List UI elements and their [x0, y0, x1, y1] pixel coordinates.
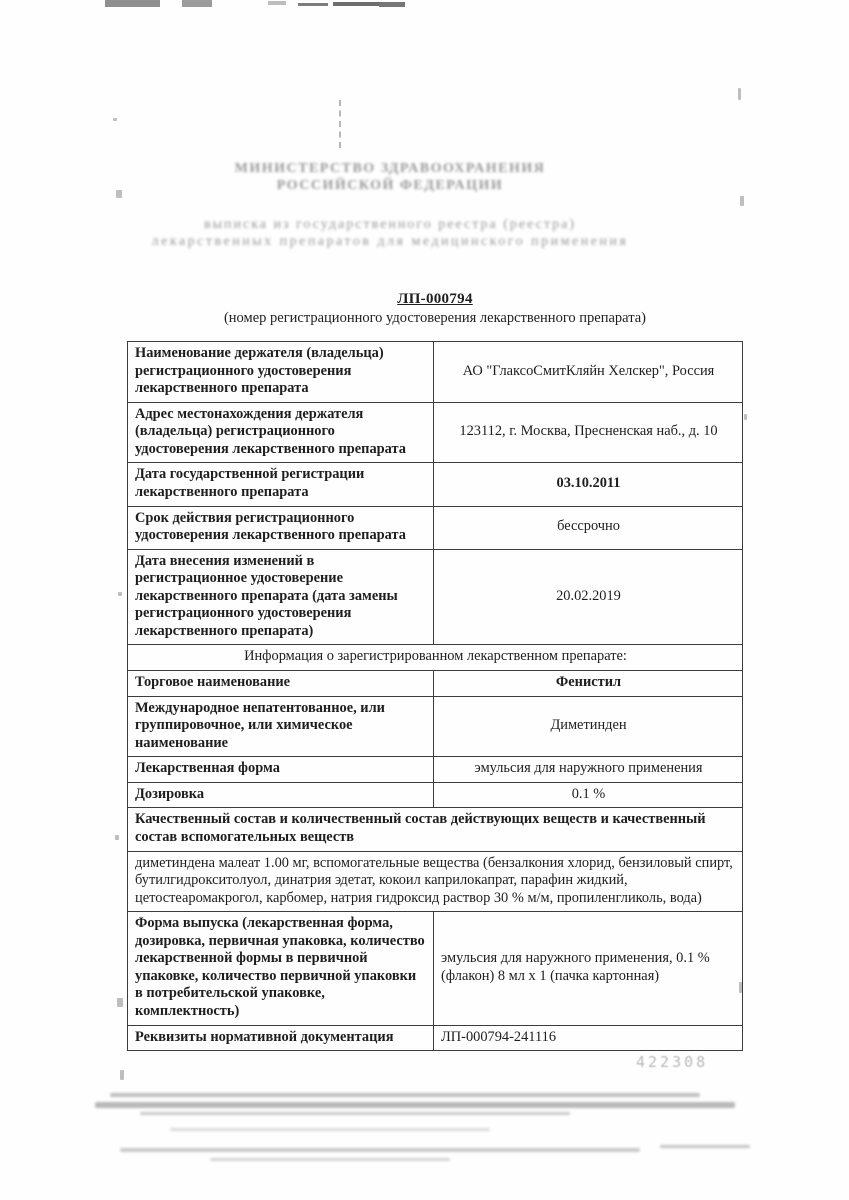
- scan-smudge: [95, 1102, 735, 1108]
- registry-table: Наименование держателя (владельца) регис…: [127, 341, 743, 1051]
- row-label-trade-name: Торговое наименование: [128, 671, 434, 697]
- table-row: Наименование держателя (владельца) регис…: [128, 342, 743, 403]
- ministry-header-blurred: МИНИСТЕРСТВО ЗДРАВООХРАНЕНИЯ РОССИЙСКОЙ …: [0, 160, 780, 250]
- row-value-dosage: 0.1 %: [434, 782, 743, 808]
- table-row: Дата государственной регистрации лекарст…: [128, 463, 743, 506]
- table-row: Форма выпуска (лекарственная форма, дози…: [128, 912, 743, 1025]
- row-label-normative-docs: Реквизиты нормативной документация: [128, 1025, 434, 1051]
- table-row: Международное непатентованное, или групп…: [128, 696, 743, 757]
- row-label-holder-name: Наименование держателя (владельца) регис…: [128, 342, 434, 403]
- row-value-release-form: эмульсия для наружного применения, 0.1 %…: [434, 912, 743, 1025]
- scan-speck: [118, 592, 122, 596]
- row-label-dosage: Дозировка: [128, 782, 434, 808]
- scan-smudge: [379, 2, 405, 7]
- row-label-validity-period: Срок действия регистрационного удостовер…: [128, 506, 434, 549]
- table-row: Реквизиты нормативной документация ЛП-00…: [128, 1025, 743, 1051]
- stamp-number: 422308: [636, 1053, 708, 1071]
- table-row: Торговое наименование Фенистил: [128, 671, 743, 697]
- row-value-dosage-form: эмульсия для наружного применения: [434, 757, 743, 783]
- scan-smudge: [268, 1, 286, 5]
- scan-smudge: [110, 1093, 700, 1097]
- scan-smudge: [660, 1145, 750, 1148]
- row-label-holder-address: Адрес местонахождения держателя (владель…: [128, 402, 434, 463]
- ministry-header-line-3: выписка из государственного реестра (рее…: [0, 216, 780, 233]
- scan-speck: [117, 998, 123, 1007]
- row-label-dosage-form: Лекарственная форма: [128, 757, 434, 783]
- row-value-normative-docs: ЛП-000794-241116: [434, 1025, 743, 1051]
- composition-text: диметиндена малеат 1.00 мг, вспомогатель…: [128, 851, 743, 912]
- ministry-header-line-1: МИНИСТЕРСТВО ЗДРАВООХРАНЕНИЯ: [0, 160, 780, 177]
- row-value-inn-name: Диметинден: [434, 696, 743, 757]
- scan-speck: [113, 118, 117, 121]
- row-label-amendment-date: Дата внесения изменений в регистрационно…: [128, 549, 434, 645]
- scan-smudge: [210, 1158, 450, 1161]
- scan-smudge: [298, 3, 328, 6]
- row-value-registration-date: 03.10.2011: [434, 463, 743, 506]
- table-row: Дозировка 0.1 %: [128, 782, 743, 808]
- scan-smudge: [105, 0, 160, 7]
- row-label-release-form: Форма выпуска (лекарственная форма, дози…: [128, 912, 434, 1025]
- table-row: Дата внесения изменений в регистрационно…: [128, 549, 743, 645]
- row-label-registration-date: Дата государственной регистрации лекарст…: [128, 463, 434, 506]
- table-row: диметиндена малеат 1.00 мг, вспомогатель…: [128, 851, 743, 912]
- table-row: Информация о зарегистрированном лекарств…: [128, 645, 743, 671]
- scan-speck: [120, 1070, 124, 1080]
- row-value-holder-name: АО "ГлаксоСмитКляйн Хелскер", Россия: [434, 342, 743, 403]
- scan-smudge: [170, 1128, 490, 1131]
- ministry-header-line-2: РОССИЙСКОЙ ФЕДЕРАЦИИ: [0, 177, 780, 194]
- scan-smudge: [120, 1148, 640, 1152]
- scan-speck: [744, 414, 747, 420]
- title-block: ЛП-000794 (номер регистрационного удосто…: [127, 291, 743, 327]
- scan-speck: [115, 835, 119, 840]
- registration-number: ЛП-000794: [127, 291, 743, 308]
- composition-header: Качественный состав и количественный сос…: [128, 808, 743, 851]
- row-label-inn-name: Международное непатентованное, или групп…: [128, 696, 434, 757]
- ministry-header-line-4: лекарственных препаратов для медицинског…: [0, 233, 780, 250]
- table-row: Лекарственная форма эмульсия для наружно…: [128, 757, 743, 783]
- registration-number-caption: (номер регистрационного удостоверения ле…: [127, 310, 743, 327]
- row-value-holder-address: 123112, г. Москва, Пресненская наб., д. …: [434, 402, 743, 463]
- row-value-amendment-date: 20.02.2019: [434, 549, 743, 645]
- row-value-validity-period: бессрочно: [434, 506, 743, 549]
- info-section-title: Информация о зарегистрированном лекарств…: [128, 645, 743, 671]
- scan-smudge: [140, 1112, 570, 1115]
- scan-speck: [738, 88, 741, 100]
- scan-smudge: [182, 0, 212, 7]
- table-row: Срок действия регистрационного удостовер…: [128, 506, 743, 549]
- row-value-trade-name: Фенистил: [434, 671, 743, 697]
- table-row: Адрес местонахождения держателя (владель…: [128, 402, 743, 463]
- scan-smudge: [339, 100, 341, 148]
- table-row: Качественный состав и количественный сос…: [128, 808, 743, 851]
- scanned-registry-document-page: МИНИСТЕРСТВО ЗДРАВООХРАНЕНИЯ РОССИЙСКОЙ …: [0, 0, 849, 1200]
